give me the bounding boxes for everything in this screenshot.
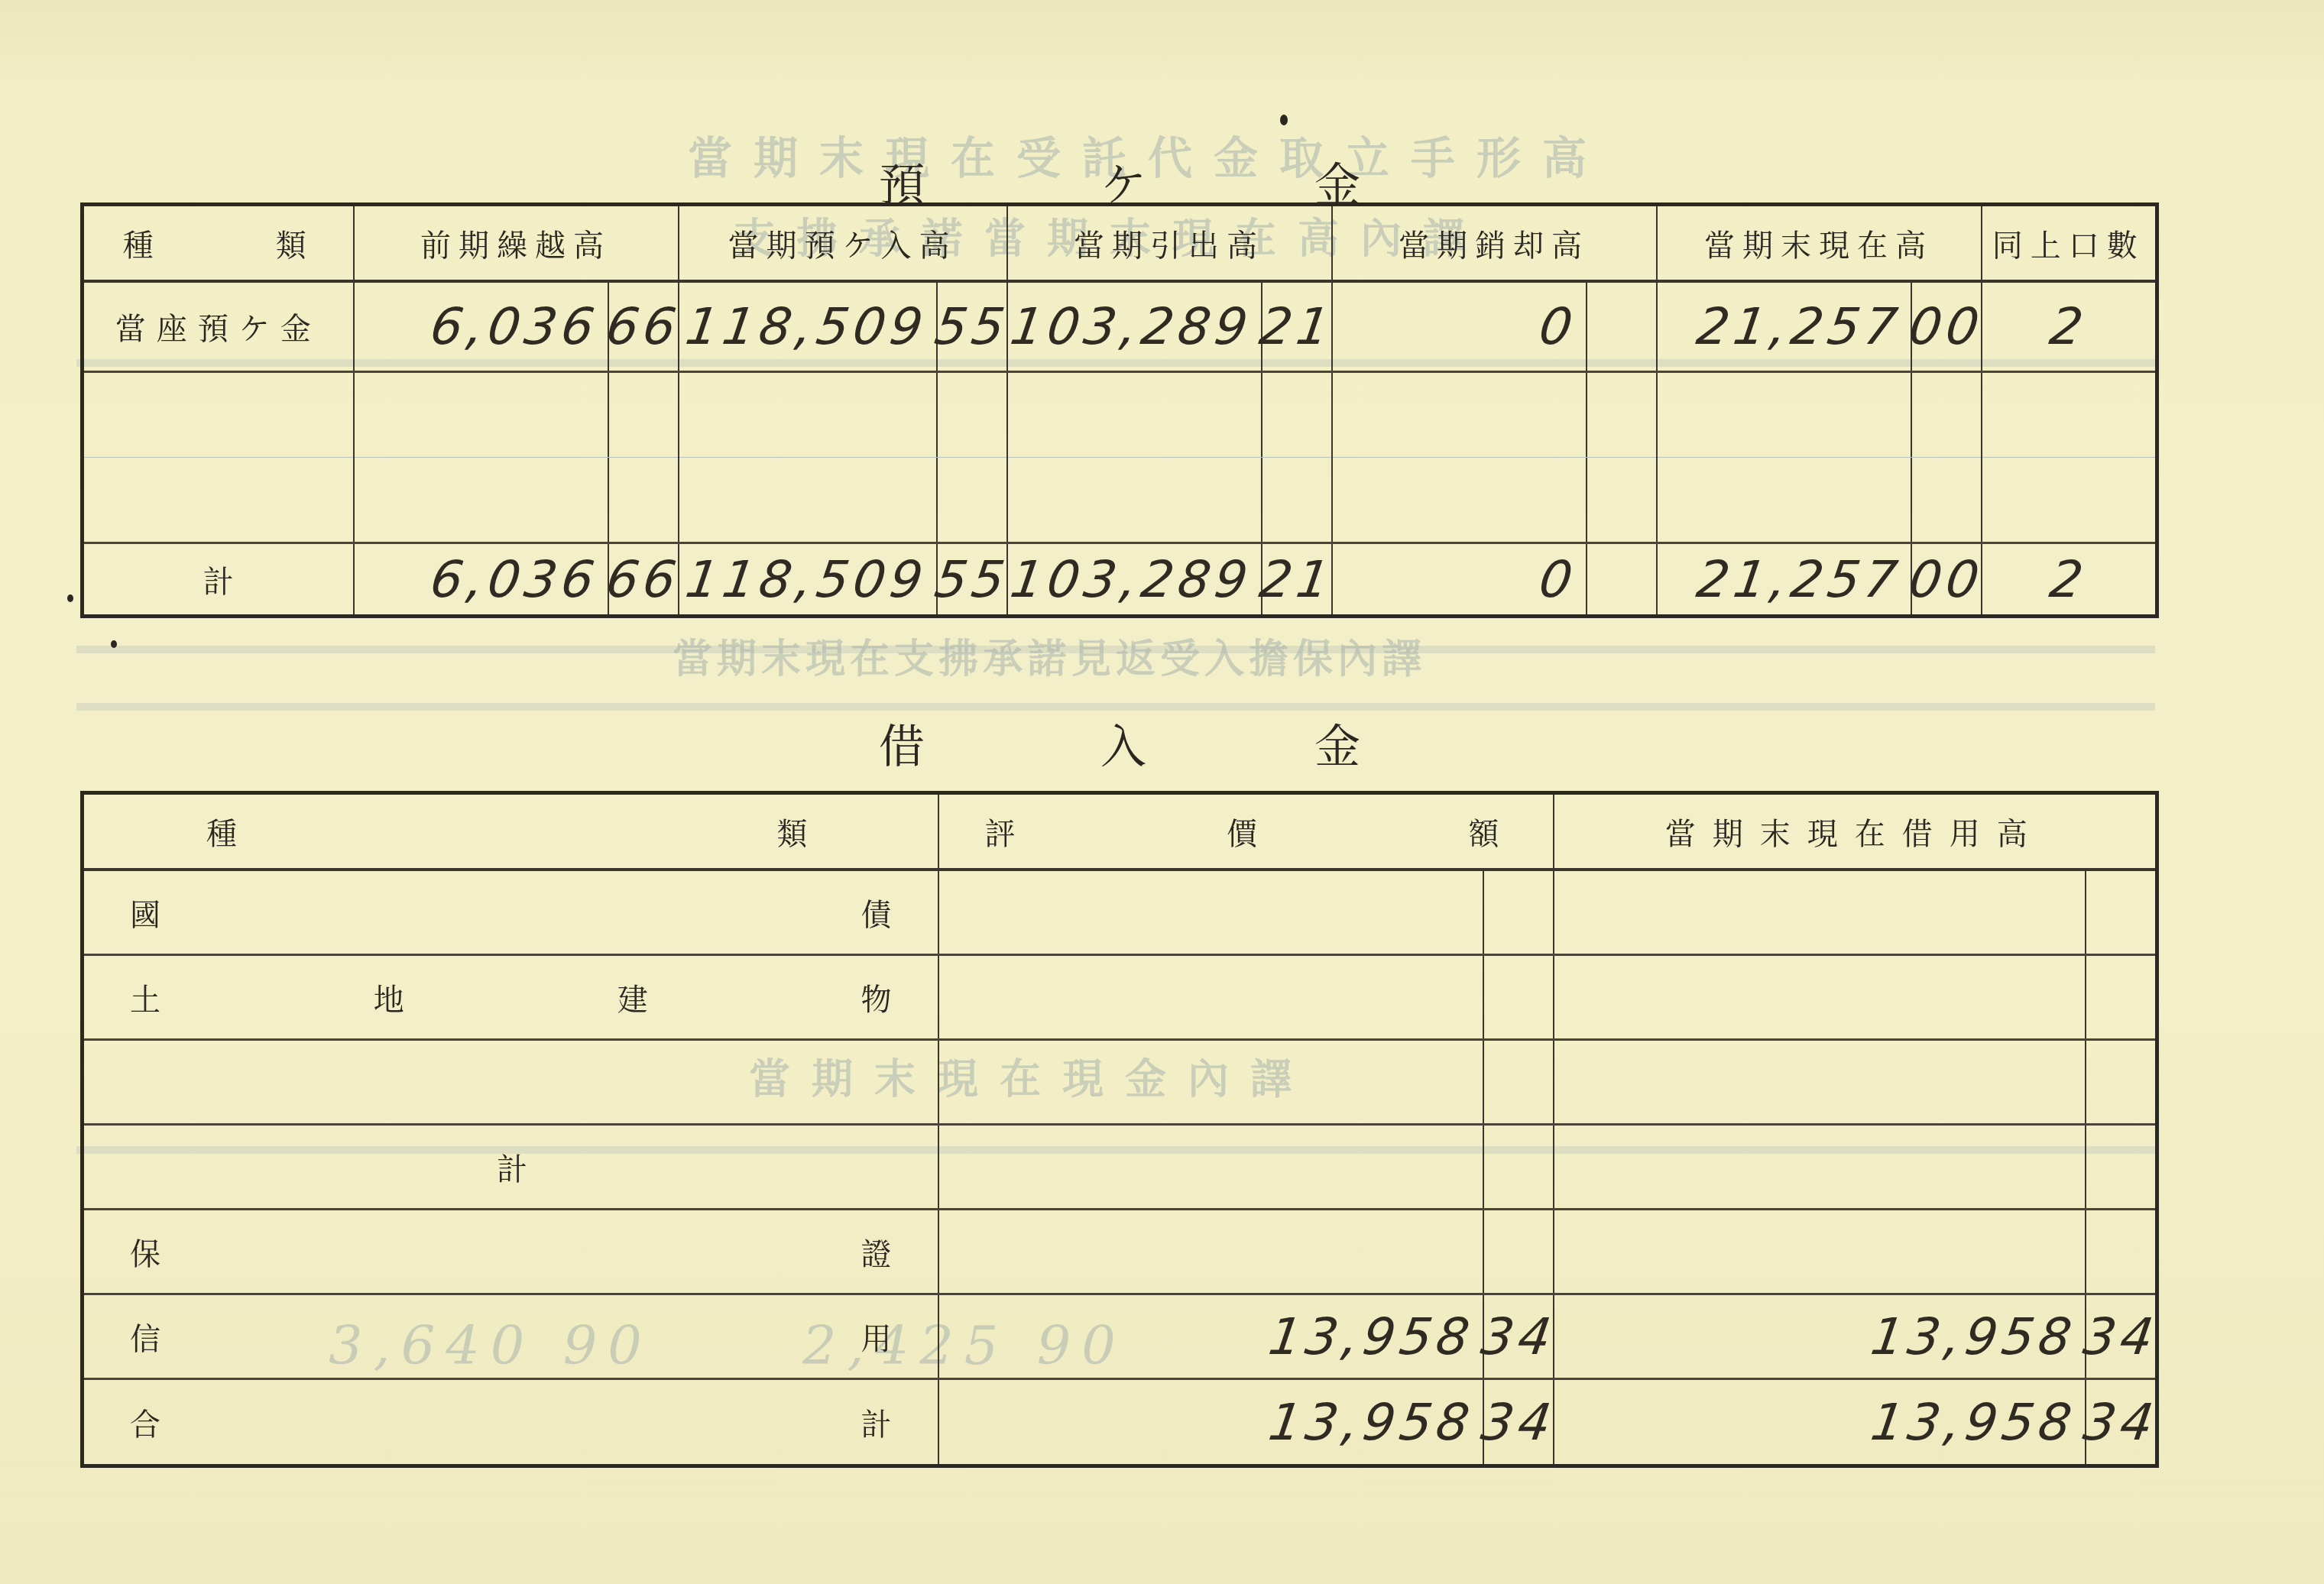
header-valuation: 評價額 (938, 793, 1554, 870)
blank-cell (354, 458, 679, 543)
yen-value: 21,257 (1693, 550, 1905, 609)
table-row: 信用 13,95834 13,95834 (83, 1294, 2157, 1379)
balance-cell (1554, 1125, 2157, 1210)
header-balance: 當期末現在高 (1657, 205, 1982, 282)
header-written-off: 當期銷却高 (1332, 205, 1657, 282)
yen-value: 118,509 (682, 297, 931, 356)
row-label: 保證 (83, 1210, 938, 1294)
deposited-total: 118,50955 (679, 543, 1007, 617)
balance-cell: 13,95834 (1554, 1294, 2157, 1379)
valuation-cell (938, 955, 1554, 1040)
label-char: 地 (374, 976, 404, 1019)
row-label: 國債 (83, 870, 938, 955)
borrowings-table: 種類 評價額 當期末現在借用高 國債 土地建物 計 保證 信用 13,95834… (80, 791, 2159, 1468)
blank-cell (679, 372, 1007, 458)
header-carried-forward: 前期繰越高 (354, 205, 679, 282)
blank-row (83, 458, 2157, 543)
yen-value: 103,289 (1006, 550, 1256, 609)
header-char: 評 (985, 810, 1023, 854)
accounts-total: 2 (1982, 543, 2157, 617)
header-type: 種 類 (83, 205, 354, 282)
balance-cell: 13,95834 (1554, 1379, 2157, 1466)
row-label: 信用 (83, 1294, 938, 1379)
yen-value: 118,509 (682, 550, 931, 609)
title-char: 入 (1100, 711, 1146, 776)
ink-dot (67, 594, 73, 602)
table-row: 當座預ケ金 6,03666 118,50955 103,28921 0 21,2… (83, 281, 2157, 372)
grand-total-row: 合計 13,95834 13,95834 (83, 1379, 2157, 1466)
valuation-cell (938, 1125, 1554, 1210)
yen-value: 0 (1535, 550, 1580, 609)
valuation-cell: 13,95834 (938, 1379, 1554, 1466)
yen-value: 103,289 (1006, 297, 1256, 356)
carried-forward-total: 6,03666 (354, 543, 679, 617)
header-char: 價 (1227, 810, 1265, 854)
header-deposited: 當期預ケ入高 (679, 205, 1007, 282)
row-label: 合計 (83, 1379, 938, 1466)
bleed-line (76, 703, 2155, 711)
sen-value: 55 (931, 550, 1013, 609)
label-char: 國 (130, 891, 160, 935)
written-off-total: 0 (1332, 543, 1657, 617)
title-char: 金 (1314, 711, 1360, 776)
blank-cell (354, 372, 679, 458)
label-char: 計 (861, 1401, 892, 1444)
yen-value: 0 (1535, 297, 1580, 356)
sen-value: 00 (1905, 297, 1987, 356)
withdrawn-cell: 103,28921 (1007, 281, 1332, 372)
header-withdrawn: 當期引出高 (1007, 205, 1332, 282)
blank-row (83, 372, 2157, 458)
sen-value: 21 (1256, 297, 1337, 356)
accounts-value: 2 (2046, 550, 2091, 609)
label-char: 用 (861, 1315, 892, 1359)
deposits-header-row: 種 類 前期繰越高 當期預ケ入高 當期引出高 當期銷却高 當期末現在高 同上口數 (83, 205, 2157, 282)
row-label: 當座預ケ金 (83, 281, 354, 372)
label-char: 債 (861, 891, 892, 935)
row-label (83, 1040, 938, 1125)
sen-value: 34 (1477, 1393, 1559, 1452)
accounts-cell: 2 (1982, 281, 2157, 372)
deposits-table: 種 類 前期繰越高 當期預ケ入高 當期引出高 當期銷却高 當期末現在高 同上口數… (80, 202, 2159, 618)
deposited-cell: 118,50955 (679, 281, 1007, 372)
yen-value: 13,958 (1265, 1307, 1477, 1366)
balance-cell: 21,25700 (1657, 281, 1982, 372)
valuation-cell (938, 870, 1554, 955)
sen-value: 00 (1905, 550, 1987, 609)
sen-value: 34 (2080, 1393, 2162, 1452)
header-char: 類 (777, 810, 815, 854)
blank-cell (83, 372, 354, 458)
valuation-cell (938, 1040, 1554, 1125)
valuation-cell (938, 1210, 1554, 1294)
bleed-heading: 當期末現在支拂承諾見返受入擔保內譯 (673, 627, 1426, 684)
sen-value: 66 (602, 550, 684, 609)
blank-cell (1332, 458, 1657, 543)
header-balance: 當期末現在借用高 (1554, 793, 2157, 870)
sen-value: 66 (602, 297, 684, 356)
blank-cell (1982, 458, 2157, 543)
borrowings-header-row: 種類 評價額 當期末現在借用高 (83, 793, 2157, 870)
row-label: 土地建物 (83, 955, 938, 1040)
label-char: 計 (84, 1145, 938, 1189)
blank-cell (1332, 372, 1657, 458)
yen-value: 13,958 (1868, 1393, 2080, 1452)
sen-value: 34 (2080, 1307, 2162, 1366)
yen-value: 13,958 (1868, 1307, 2080, 1366)
sen-value: 34 (1477, 1307, 1559, 1366)
balance-total: 21,25700 (1657, 543, 1982, 617)
yen-value: 21,257 (1693, 297, 1905, 356)
blank-cell (1007, 458, 1332, 543)
blank-cell (1982, 372, 2157, 458)
total-row: 計 6,03666 118,50955 103,28921 0 21,25700… (83, 543, 2157, 617)
valuation-cell: 13,95834 (938, 1294, 1554, 1379)
table-row (83, 1040, 2157, 1125)
carried-forward-cell: 6,03666 (354, 281, 679, 372)
label-char: 信 (130, 1315, 160, 1359)
header-type: 種類 (83, 793, 938, 870)
row-label: 計 (83, 1125, 938, 1210)
label-char: 土 (130, 976, 160, 1019)
title-char: 借 (879, 711, 925, 776)
yen-value: 6,036 (426, 297, 602, 356)
balance-cell (1554, 955, 2157, 1040)
blank-cell (1007, 372, 1332, 458)
label-char: 物 (861, 976, 891, 1019)
borrowings-title: 借 入 金 (0, 711, 2324, 772)
balance-cell (1554, 1210, 2157, 1294)
label-char: 保 (130, 1230, 160, 1274)
sen-value: 55 (931, 297, 1013, 356)
ink-dot (111, 640, 117, 648)
blank-cell (83, 458, 354, 543)
yen-value: 6,036 (426, 550, 602, 609)
sen-value: 21 (1256, 550, 1337, 609)
withdrawn-total: 103,28921 (1007, 543, 1332, 617)
header-accounts: 同上口數 (1982, 205, 2157, 282)
label-char: 建 (617, 976, 648, 1019)
header-char: 額 (1469, 810, 1507, 854)
balance-cell (1554, 870, 2157, 955)
label-char: 合 (130, 1401, 160, 1444)
blank-cell (679, 458, 1007, 543)
table-row: 保證 (83, 1210, 2157, 1294)
table-row: 國債 (83, 870, 2157, 955)
accounts-value: 2 (2046, 297, 2091, 356)
header-char: 種 (206, 810, 245, 854)
deposits-title: 預 ケ 金 (0, 149, 2324, 210)
balance-cell (1554, 1040, 2157, 1125)
ink-dot (1280, 115, 1288, 125)
written-off-cell: 0 (1332, 281, 1657, 372)
label-char: 證 (861, 1230, 892, 1274)
total-label: 計 (83, 543, 354, 617)
subtotal-row: 計 (83, 1125, 2157, 1210)
yen-value: 13,958 (1265, 1393, 1477, 1452)
blank-cell (1657, 372, 1982, 458)
blank-cell (1657, 458, 1982, 543)
table-row: 土地建物 (83, 955, 2157, 1040)
